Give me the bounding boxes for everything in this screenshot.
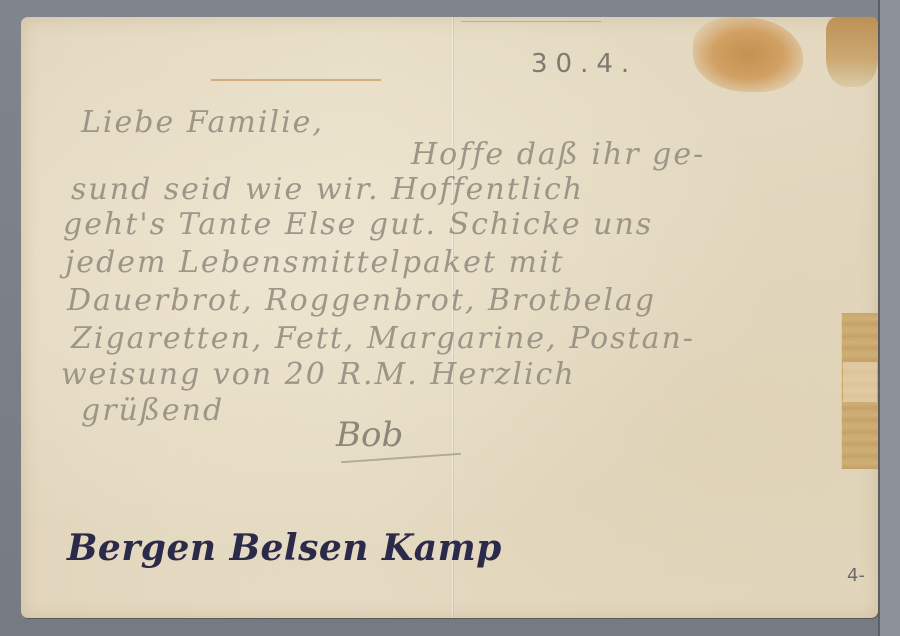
rust-mark (461, 21, 601, 22)
rust-mark (211, 79, 381, 81)
tape-residue-highlight (843, 362, 877, 402)
date-text: 30.4. (531, 49, 637, 79)
corner-stain (826, 17, 878, 87)
message-line-8: grüßend (81, 393, 224, 428)
message-line-6: Zigaretten, Fett, Margarine, Postan- (71, 321, 695, 356)
stamp-residue-stain (693, 17, 803, 92)
scanner-edge (878, 0, 900, 636)
postcard: 30.4. Liebe Familie, Hoffe daß ihr ge- s… (21, 17, 878, 618)
greeting-text: Liebe Familie, (81, 105, 324, 140)
message-line-7: weisung von 20 R.M. Herzlich (61, 357, 576, 392)
message-line-1: Hoffe daß ihr ge- (411, 137, 705, 172)
corner-pencil-mark: 4- (847, 565, 865, 586)
signature: Bob (336, 415, 403, 455)
message-line-2: sund seid wie wir. Hoffentlich (71, 172, 584, 207)
message-line-4: jedem Lebensmittelpaket mit (65, 245, 565, 280)
message-line-3: geht's Tante Else gut. Schicke uns (63, 207, 653, 242)
ink-annotation: Bergen Belsen Kamp (67, 527, 502, 569)
message-line-5: Dauerbrot, Roggenbrot, Brotbelag (67, 283, 656, 318)
